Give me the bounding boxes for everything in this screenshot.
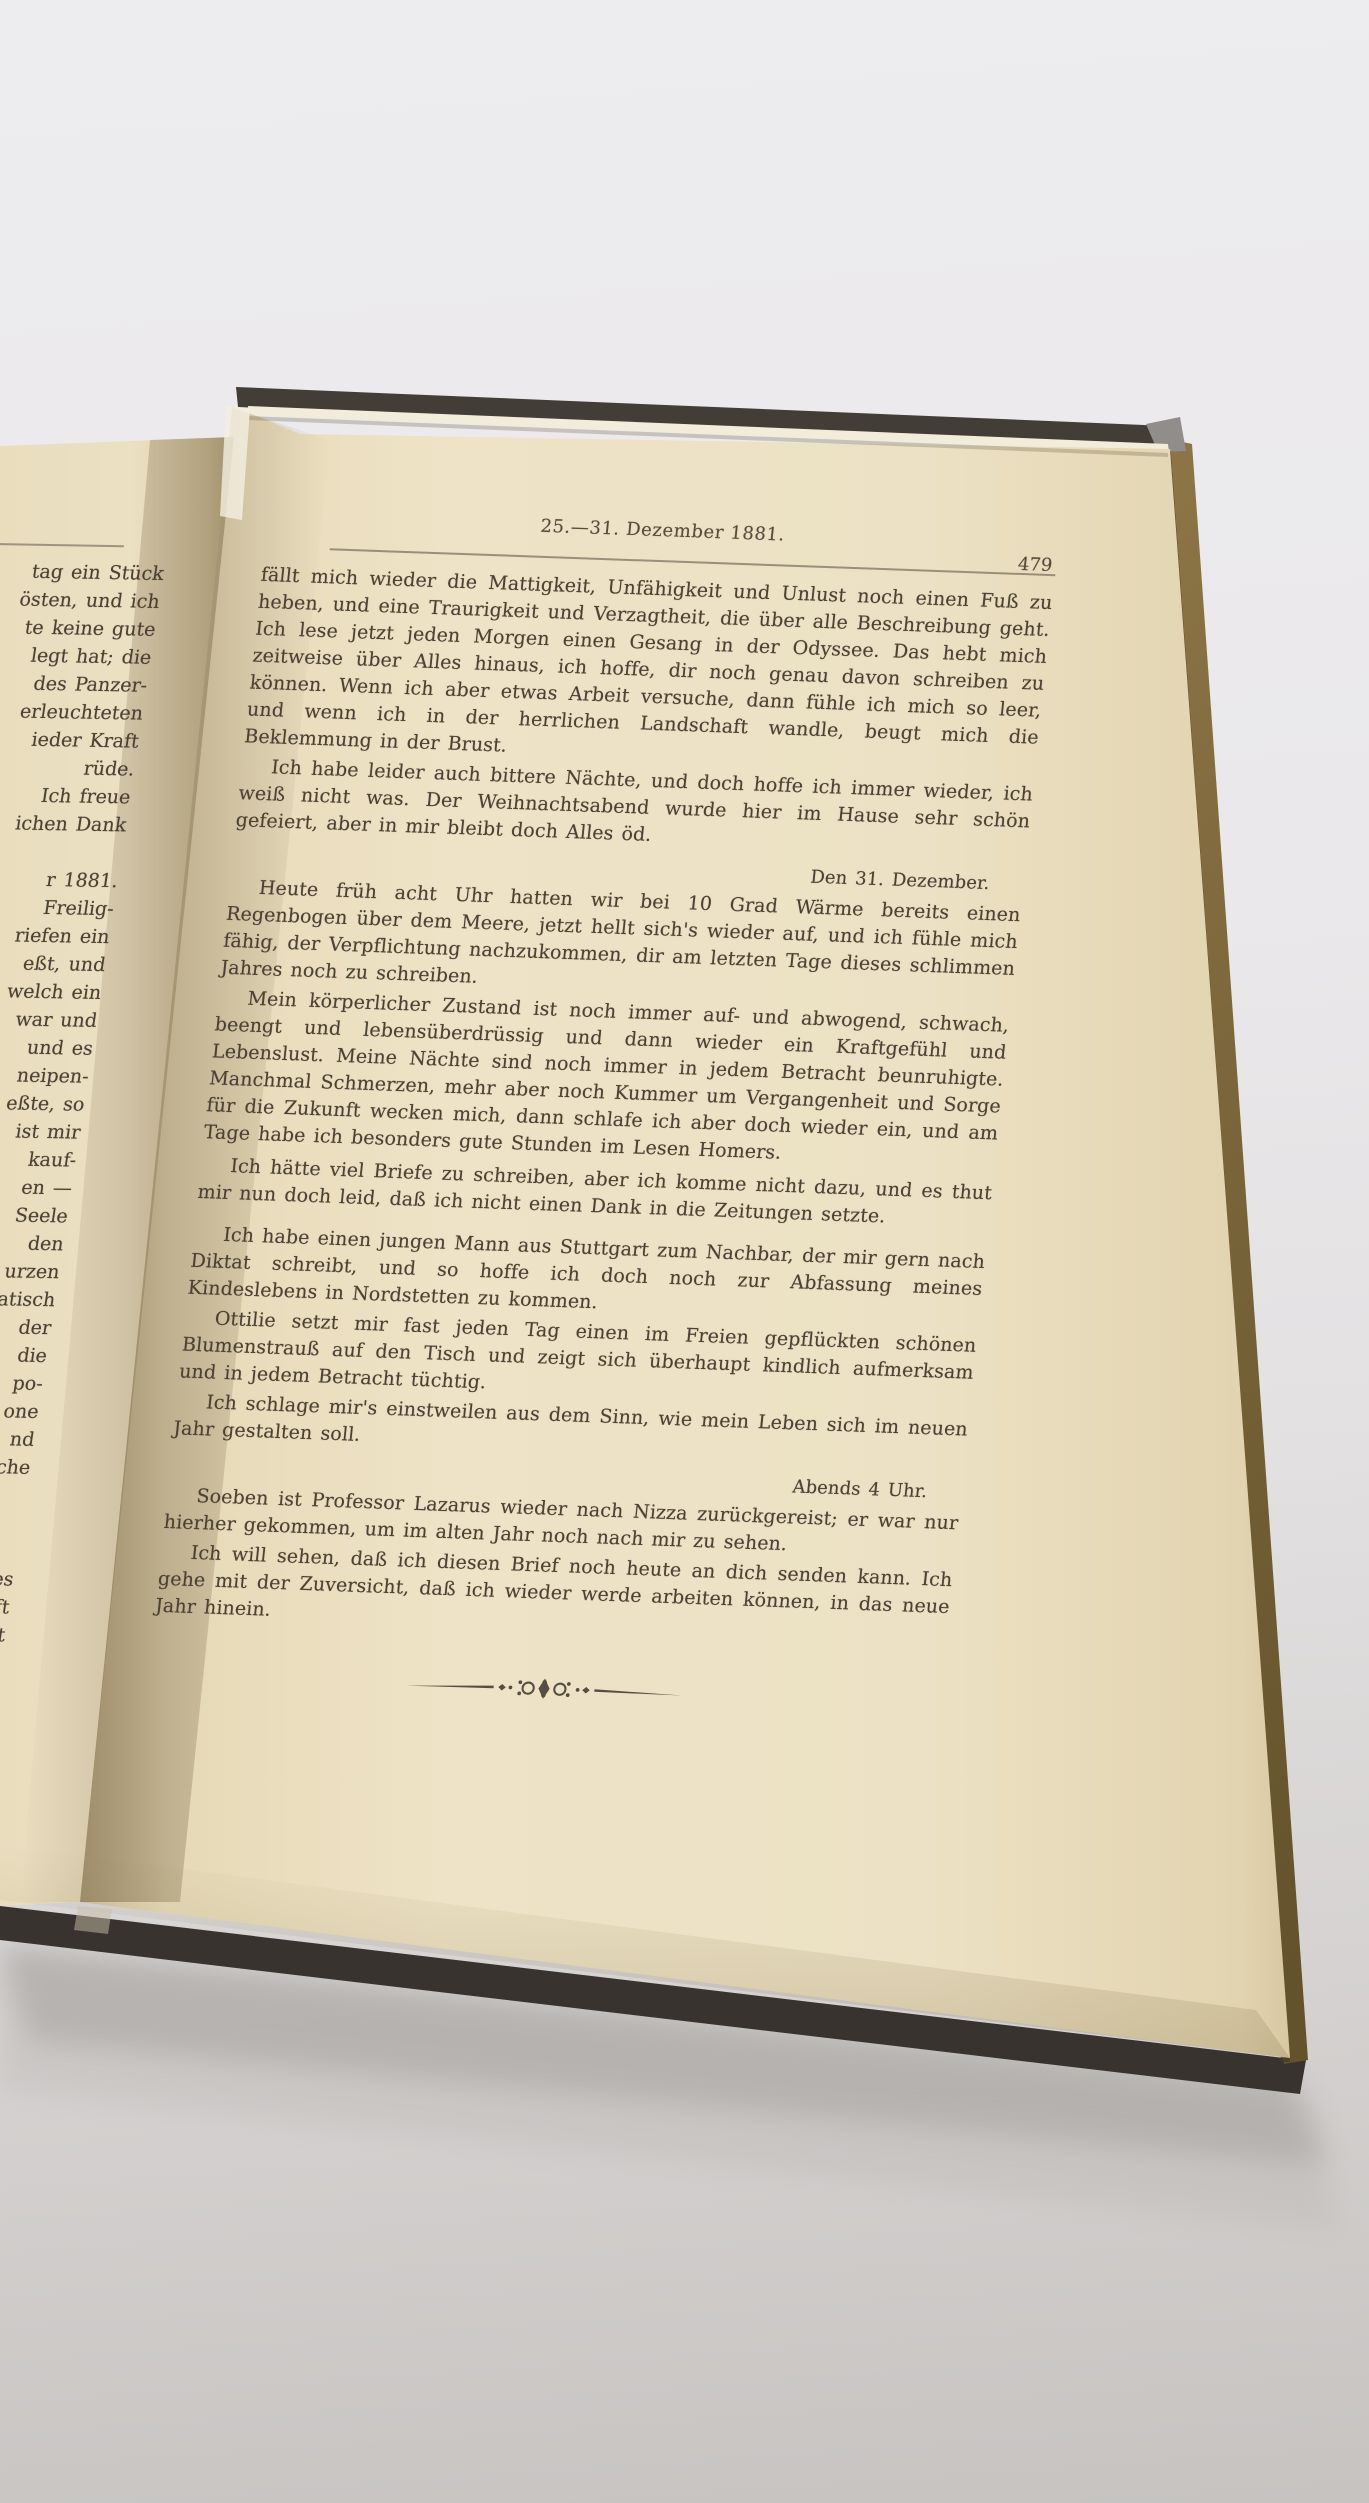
paragraph: Mein körperlicher Zustand ist noch immer…	[202, 985, 1010, 1175]
paragraph: fällt mich wieder die Mattigkeit, Unfähi…	[243, 562, 1054, 779]
photo-scene: tag ein Stück östen, und ich te keine gu…	[0, 0, 1369, 2503]
bottom-gutter-highlight	[74, 1906, 112, 1934]
right-page: 25.—31. Dezember 1881. 479 fällt mich wi…	[146, 506, 1059, 1722]
